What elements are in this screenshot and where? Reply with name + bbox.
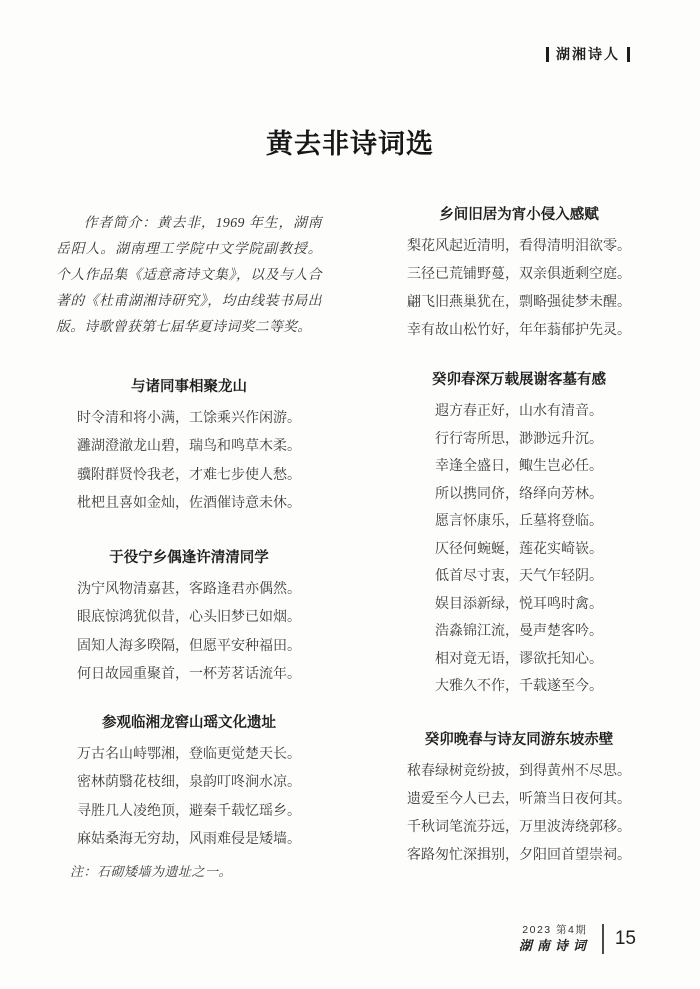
journal-section-header: 湖湘诗人 bbox=[546, 44, 630, 64]
poem-title: 癸卯春深万载展谢客墓有感 bbox=[386, 369, 652, 391]
verse-line: 灉湖澄澈龙山碧，瑞鸟和鸣草木柔。 bbox=[56, 433, 322, 462]
verse-line: 梨花风起近清明，看得清明泪欲零。 bbox=[386, 233, 652, 261]
section-bar-left-icon bbox=[546, 47, 549, 62]
verse-line: 大雅久不作，千载遂至今。 bbox=[386, 673, 652, 701]
verse-line: 相对竟无语，谬欲托知心。 bbox=[386, 646, 652, 674]
poem-block: 癸卯春深万载展谢客墓有感 遐方春正好，山水有清音。 行行寄所思，渺渺远升沉。 幸… bbox=[386, 369, 652, 701]
verse-line: 何日故园重聚首，一杯芳茗话流年。 bbox=[56, 661, 322, 690]
column-right: 乡间旧居为宵小侵入感赋 梨花风起近清明，看得清明泪欲零。 三径已荒铺野蔓，双亲俱… bbox=[386, 196, 652, 870]
verse-line: 寻胜几人凌绝顶，避秦千载忆瑶乡。 bbox=[56, 798, 322, 827]
verse-line: 密林荫翳花枝细，泉韵叮咚涧水凉。 bbox=[56, 769, 322, 798]
poem-note: 注：石砌矮墙为遗址之一。 bbox=[56, 860, 322, 884]
poem-block: 乡间旧居为宵小侵入感赋 梨花风起近清明，看得清明泪欲零。 三径已荒铺野蔓，双亲俱… bbox=[386, 204, 652, 345]
poem-title: 乡间旧居为宵小侵入感赋 bbox=[386, 204, 652, 226]
verse-line: 仄径何蜿蜒，莲花实崎嵚。 bbox=[386, 536, 652, 564]
footer-journal-name: 湖南诗词 bbox=[519, 937, 591, 954]
verse-line: 三径已荒铺野蔓，双亲俱逝剩空庭。 bbox=[386, 261, 652, 289]
poem-title: 癸卯晚春与诗友同游东坡赤壁 bbox=[386, 729, 652, 751]
poem-title: 于役宁乡偶逢许清清同学 bbox=[56, 547, 322, 569]
poem-title: 参观临湘龙窖山瑶文化遗址 bbox=[56, 712, 322, 734]
verse-line: 麻姑桑海无穷劫，风雨难侵是矮墙。 bbox=[56, 826, 322, 855]
verse-line: 骥附群贤怜我老，才难七步使人愁。 bbox=[56, 462, 322, 491]
verse-line: 时令清和将小满，工馀乘兴作闲游。 bbox=[56, 405, 322, 434]
verse-line: 遐方春正好，山水有清音。 bbox=[386, 398, 652, 426]
page-footer: 2023 第4期 湖南诗词 15 bbox=[0, 924, 700, 954]
verse-line: 沩宁风物清嘉甚，客路逢君亦偶然。 bbox=[56, 576, 322, 605]
verse-line: 遗爱至今人已去，听箫当日夜何其。 bbox=[386, 786, 652, 814]
verse-line: 所以携同侪，络绎向芳林。 bbox=[386, 481, 652, 509]
footer-issue: 2023 第4期 bbox=[519, 924, 591, 937]
verse-line: 枇杷且喜如金灿，佐酒催诗意未休。 bbox=[56, 490, 322, 519]
poem-block: 癸卯晚春与诗友同游东坡赤壁 秾春绿树竞纷披，到得黄州不尽思。 遗爱至今人已去，听… bbox=[386, 729, 652, 870]
verse-line: 秾春绿树竞纷披，到得黄州不尽思。 bbox=[386, 758, 652, 786]
verse-line: 固知人海多暌隔，但愿平安种福田。 bbox=[56, 633, 322, 662]
poem-block: 与诸同事相聚龙山 时令清和将小满，工馀乘兴作闲游。 灉湖澄澈龙山碧，瑞鸟和鸣草木… bbox=[56, 376, 322, 519]
verse-line: 万古名山峙鄂湘，登临更觉楚天长。 bbox=[56, 741, 322, 770]
verse-line: 幸逢全盛日，鲰生岂必任。 bbox=[386, 453, 652, 481]
footer-issue-block: 2023 第4期 湖南诗词 bbox=[519, 924, 591, 954]
verse-line: 眼底惊鸿犹似昔，心头旧梦已如烟。 bbox=[56, 604, 322, 633]
poem-block: 于役宁乡偶逢许清清同学 沩宁风物清嘉甚，客路逢君亦偶然。 眼底惊鸿犹似昔，心头旧… bbox=[56, 547, 322, 690]
article-title: 黄去非诗词选 bbox=[0, 122, 700, 161]
footer-divider bbox=[602, 924, 604, 954]
verse-line: 行行寄所思，渺渺远升沉。 bbox=[386, 426, 652, 454]
section-bar-right-icon bbox=[627, 47, 630, 62]
poem-title: 与诸同事相聚龙山 bbox=[56, 376, 322, 398]
page-container: 湖湘诗人 黄去非诗词选 作者简介：黄去非，1969 年生，湖南岳阳人。湖南理工学… bbox=[0, 0, 700, 989]
verse-line: 千秋词笔流芬远，万里波涛绕郭移。 bbox=[386, 814, 652, 842]
verse-line: 愿言怀康乐，丘墓将登临。 bbox=[386, 508, 652, 536]
verse-line: 低首尽寸衷，天气乍轻阴。 bbox=[386, 563, 652, 591]
verse-line: 客路匆忙深揖别，夕阳回首望崇祠。 bbox=[386, 842, 652, 870]
poem-block: 参观临湘龙窖山瑶文化遗址 万古名山峙鄂湘，登临更觉楚天长。 密林荫翳花枝细，泉韵… bbox=[56, 712, 322, 884]
column-left: 作者简介：黄去非，1969 年生，湖南岳阳人。湖南理工学院中文学院副教授。个人作… bbox=[56, 196, 322, 884]
footer-page-number: 15 bbox=[615, 928, 636, 950]
author-intro: 作者简介：黄去非，1969 年生，湖南岳阳人。湖南理工学院中文学院副教授。个人作… bbox=[56, 210, 322, 340]
verse-line: 浩淼锦江流，曼声楚客吟。 bbox=[386, 618, 652, 646]
section-label: 湖湘诗人 bbox=[556, 44, 620, 64]
verse-line: 娱目添新绿，悦耳鸣时禽。 bbox=[386, 591, 652, 619]
verse-line: 幸有故山松竹好，年年蓊郁护先灵。 bbox=[386, 317, 652, 345]
verse-line: 翩飞旧燕巢犹在，剽略强徒梦未醒。 bbox=[386, 289, 652, 317]
